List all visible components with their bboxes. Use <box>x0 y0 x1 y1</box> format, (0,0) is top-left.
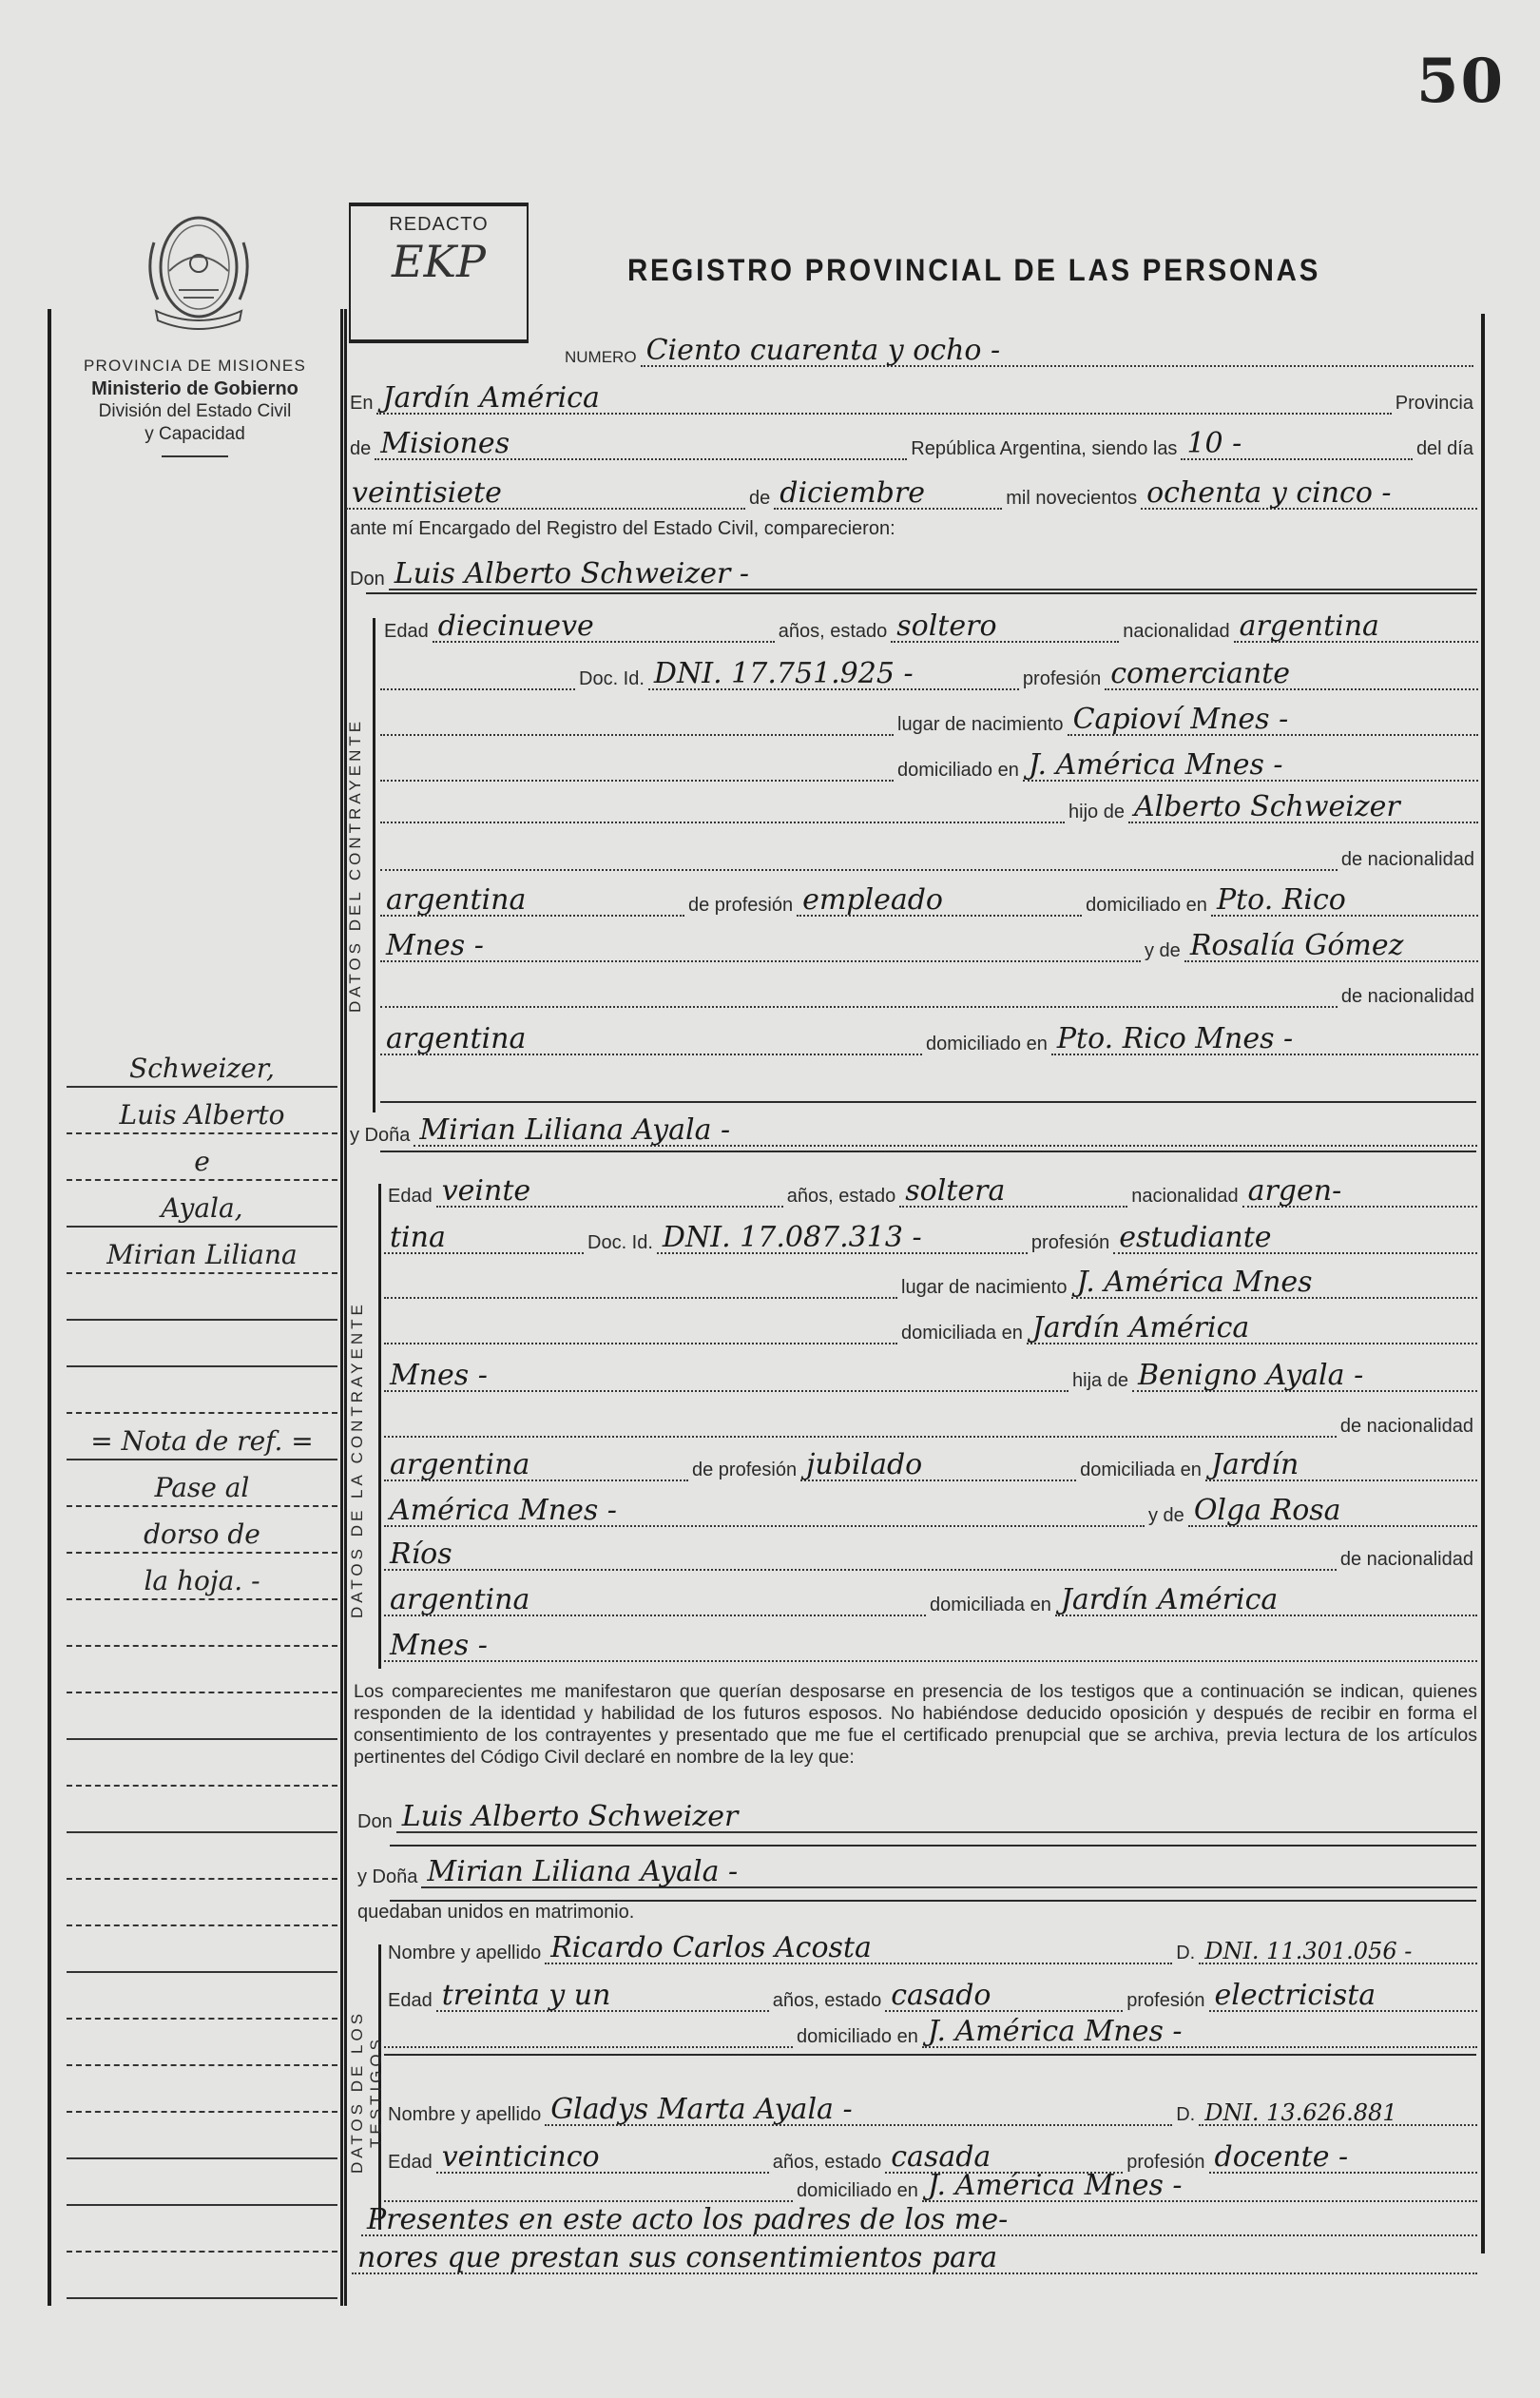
margin-line: Schweizer, <box>67 1041 337 1088</box>
numero-value: Ciento cuarenta y ocho - <box>646 334 1001 367</box>
margin-line: Luis Alberto <box>67 1088 337 1134</box>
field-numero: NUMERO Ciento cuarenta y ocho - <box>561 333 1473 367</box>
nota-line-2: nores que prestan sus consentimientos pa… <box>352 2240 1477 2274</box>
margin-line <box>67 1880 337 1926</box>
divider <box>384 2054 1476 2056</box>
margin-line <box>67 1926 337 1973</box>
field-doc: Doc. Id. DNI. 17.751.925 - profesión com… <box>380 656 1478 690</box>
field-en: En Jardín América Provincia <box>346 380 1477 415</box>
dia-value: veintisiete <box>352 476 502 510</box>
field-padre-nac: de nacionalidad <box>384 1403 1477 1438</box>
margin-line <box>67 1833 337 1880</box>
section-bar <box>378 1184 381 1669</box>
testigo-2-domicilio: domiciliado en J. América Mnes - <box>384 2168 1477 2202</box>
field-edad: Edad veinte años, estado soltera naciona… <box>384 1173 1477 1208</box>
redacto-label: REDACTO <box>351 214 527 236</box>
divider <box>390 1845 1476 1847</box>
margin-line <box>67 1740 337 1787</box>
field-domicilio: domiciliado en J. América Mnes - <box>380 747 1478 782</box>
redacto-initials: EKP <box>351 236 527 287</box>
field-padre-nac: de nacionalidad <box>380 837 1478 871</box>
margin-line: la hoja. - <box>67 1554 337 1600</box>
margin-line: = Nota de ref. = <box>67 1414 337 1460</box>
section-bar <box>373 618 375 1112</box>
margin-line: Mirian Liliana <box>67 1228 337 1274</box>
field-madre: Mnes - y de Rosalía Gómez <box>380 928 1478 962</box>
divider <box>366 592 1476 594</box>
field-hijo: hijo de Alberto Schweizer <box>380 789 1478 823</box>
margin-line <box>67 2206 337 2253</box>
org-province: PROVINCIA DE MISIONES <box>52 355 337 377</box>
margin-line <box>67 1600 337 1647</box>
org-ministry: Ministerio de Gobierno <box>52 377 337 400</box>
mes-value: diciembre <box>780 476 925 510</box>
field-madre-nac: Ríos de nacionalidad <box>384 1537 1477 1571</box>
field-hija: Mnes - hija de Benigno Ayala - <box>384 1358 1477 1392</box>
closing-text: quedaban unidos en matrimonio. <box>354 1902 924 1924</box>
testigo-2-nombre: Nombre y apellido Gladys Marta Ayala - D… <box>384 2092 1477 2126</box>
margin-line <box>67 2020 337 2066</box>
declaration-paragraph: Los comparecientes me manifestaron que q… <box>354 1681 1477 1769</box>
issuing-organization: PROVINCIA DE MISIONES Ministerio de Gobi… <box>52 355 337 457</box>
divider <box>162 455 228 457</box>
section-label-contrayenta: DATOS DE LA CONTRAYENTE <box>348 1255 367 1664</box>
margin-line: e <box>67 1134 337 1181</box>
margin-line <box>67 1647 337 1693</box>
margin-line <box>67 1274 337 1321</box>
field-madre-dom: argentina domiciliada en Jardín América <box>384 1582 1477 1616</box>
field-decl-dona: y Doña Mirian Liliana Ayala - <box>354 1854 1477 1888</box>
margin-line <box>67 2159 337 2206</box>
field-decl-don: Don Luis Alberto Schweizer <box>354 1799 1477 1833</box>
field-lugar: lugar de nacimiento J. América Mnes <box>384 1265 1477 1299</box>
section-label-testigos: DATOS DE LOS TESTIGOS <box>348 1959 386 2225</box>
margin-line <box>67 2066 337 2113</box>
provincial-seal-icon <box>141 204 257 333</box>
margin-line <box>67 2113 337 2159</box>
field-provincia: de Misiones República Argentina, siendo … <box>346 426 1477 460</box>
field-domicilio: domiciliada en Jardín América <box>384 1310 1477 1344</box>
field-padre-prof: argentina de profesión jubilado domicili… <box>384 1447 1477 1481</box>
nota-line-1: Presentes en este acto los padres de los… <box>361 2202 1477 2236</box>
provincia-value: Misiones <box>380 427 510 460</box>
field-doc: tina Doc. Id. DNI. 17.087.313 - profesió… <box>384 1220 1477 1254</box>
page-title: REGISTRO PROVINCIAL DE LAS PERSONAS <box>627 253 1320 288</box>
page-number: 50 <box>1416 46 1505 117</box>
field-don: Don Luis Alberto Schweizer - <box>346 556 1477 590</box>
redacto-box: REDACTO EKP <box>349 203 529 343</box>
margin-line: Pase al <box>67 1460 337 1507</box>
margin-line: Ayala, <box>67 1181 337 1228</box>
section-label-contrayente: DATOS DEL CONTRAYENTE <box>346 666 365 1065</box>
don-value: Luis Alberto Schweizer - <box>395 557 749 590</box>
hora-value: 10 - <box>1186 427 1242 460</box>
divider <box>380 1151 1476 1152</box>
anio-value: ochenta y cinco - <box>1146 476 1391 510</box>
testigo-1-domicilio: domiciliado en J. América Mnes - <box>384 2014 1477 2048</box>
field-padre-prof: argentina de profesión empleado domicili… <box>380 882 1478 917</box>
testigo-1-nombre: Nombre y apellido Ricardo Carlos Acosta … <box>384 1930 1477 1964</box>
margin-line: dorso de <box>67 1507 337 1554</box>
divider <box>380 1101 1476 1103</box>
field-madre-dom-2: Mnes - <box>384 1628 1477 1662</box>
ante-text: ante mí Encargado del Registro del Estad… <box>346 518 1477 540</box>
divider <box>340 309 343 2306</box>
testigo-1-edad: Edad treinta y un años, estado casado pr… <box>384 1978 1477 2012</box>
margin-line <box>67 2253 337 2299</box>
divider <box>1481 314 1485 2253</box>
field-madre-nac: de nacionalidad <box>380 974 1478 1008</box>
margin-line <box>67 1787 337 1833</box>
en-value: Jardín América <box>382 381 599 415</box>
margin-line <box>67 1693 337 1740</box>
margin-notes: Schweizer, Luis Alberto e Ayala, Mirian … <box>67 1041 337 2299</box>
margin-line <box>67 1321 337 1367</box>
field-fecha: veintisiete de diciembre mil novecientos… <box>346 475 1477 510</box>
org-division: División del Estado Civil <box>52 400 337 423</box>
field-lugar: lugar de nacimiento Capioví Mnes - <box>380 702 1478 736</box>
margin-line <box>67 1973 337 2020</box>
field-edad: Edad diecinueve años, estado soltero nac… <box>380 609 1478 643</box>
margin-line <box>67 1367 337 1414</box>
field-dona: y Doña Mirian Liliana Ayala - <box>346 1112 1477 1147</box>
org-division-2: y Capacidad <box>52 423 337 446</box>
field-madre-dom: argentina domiciliado en Pto. Rico Mnes … <box>380 1021 1478 1055</box>
field-madre: América Mnes - y de Olga Rosa <box>384 1493 1477 1527</box>
